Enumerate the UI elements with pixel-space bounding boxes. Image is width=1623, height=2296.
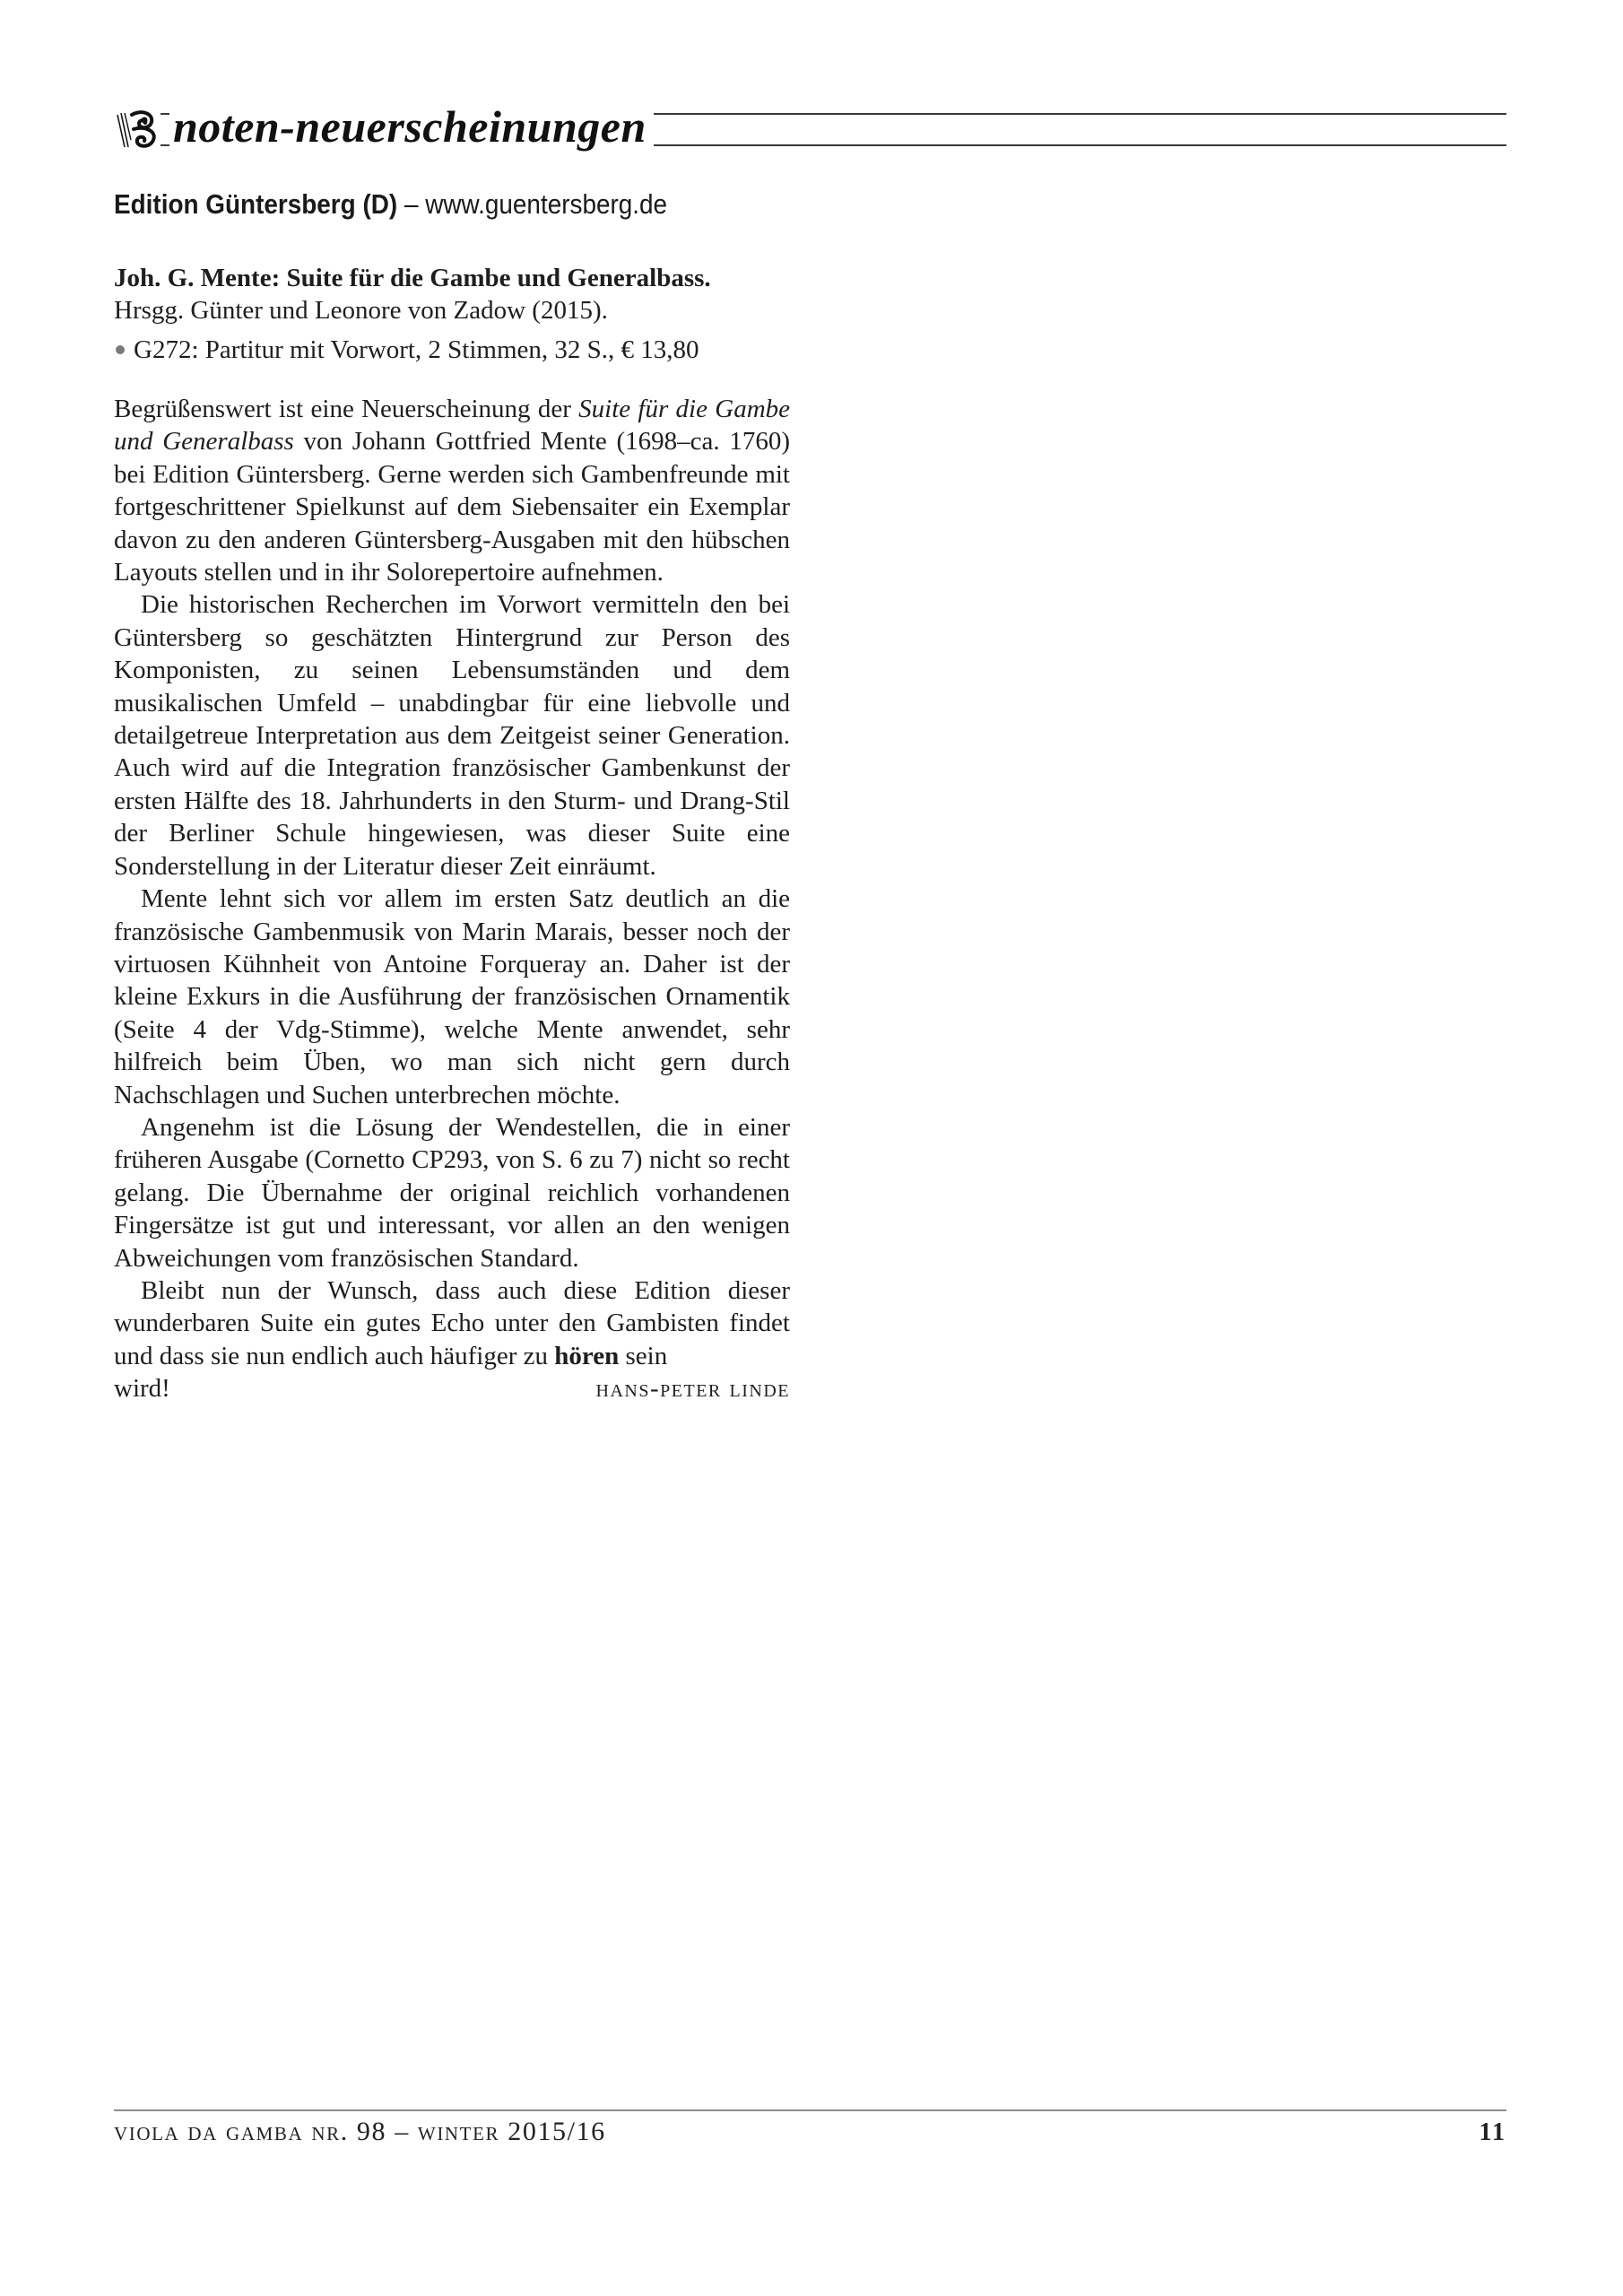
review-author: Hans-Peter Linde [596,1372,790,1405]
review-paragraph: Mente lehnt sich vor allem im ersten Sat… [114,883,790,1111]
review-text: sein [619,1342,667,1370]
section-title: noten-neuerscheinungen [169,102,654,151]
review-text: Begrüßenswert ist eine Neuerscheinung de… [114,395,578,423]
entry-spec: G272: Partitur mit Vorwort, 2 Stimmen, 3… [114,334,790,366]
edition-entry: Joh. G. Mente: Suite für die Gambe und G… [114,262,790,366]
publisher-heading: Edition Güntersberg (D) – www.guentersbe… [114,187,723,222]
footer-row: Viola da Gamba Nr. 98 – Winter 2015/16 1… [114,2117,1506,2147]
review-paragraph: Bleibt nun der Wunsch, dass auch diese E… [114,1274,790,1372]
review-text: Bleibt nun der Wunsch, dass auch diese E… [114,1276,790,1370]
entry-spec-text: G272: Partitur mit Vorwort, 2 Stimmen, 3… [134,335,699,364]
review-column: Edition Güntersberg (D) – www.guentersbe… [114,179,790,1405]
page-footer: Viola da Gamba Nr. 98 – Winter 2015/16 1… [114,2109,1506,2147]
publisher-name: Edition Güntersberg (D) [114,188,397,220]
review-paragraph: Die historischen Recherchen im Vorwort v… [114,588,790,883]
section-header: noten-neuerscheinungen [114,99,1506,152]
footer-rule [114,2109,1506,2111]
publisher-separator: – [397,188,425,220]
review-paragraph: Angenehm ist die Lösung der Wendestellen… [114,1111,790,1274]
review-paragraph: Begrüßenswert ist eine Neuerscheinung de… [114,393,790,588]
review-body: Begrüßenswert ist eine Neuerscheinung de… [114,393,790,1405]
publisher-website[interactable]: www.guentersberg.de [425,188,667,220]
review-signature-line: wird! Hans-Peter Linde [114,1372,790,1405]
entry-editors: Hrsgg. Günter und Leonore von Zadow (201… [114,294,790,326]
bullet-dot-icon [116,345,125,354]
gamba-scroll-icon [114,109,161,149]
review-text: wird! [114,1372,170,1405]
issue-label: Viola da Gamba Nr. 98 – Winter 2015/16 [114,2117,606,2147]
page-number: 11 [1480,2118,1506,2147]
emphasis-bold: hören [554,1342,619,1370]
entry-title: Joh. G. Mente: Suite für die Gambe und G… [114,262,790,294]
